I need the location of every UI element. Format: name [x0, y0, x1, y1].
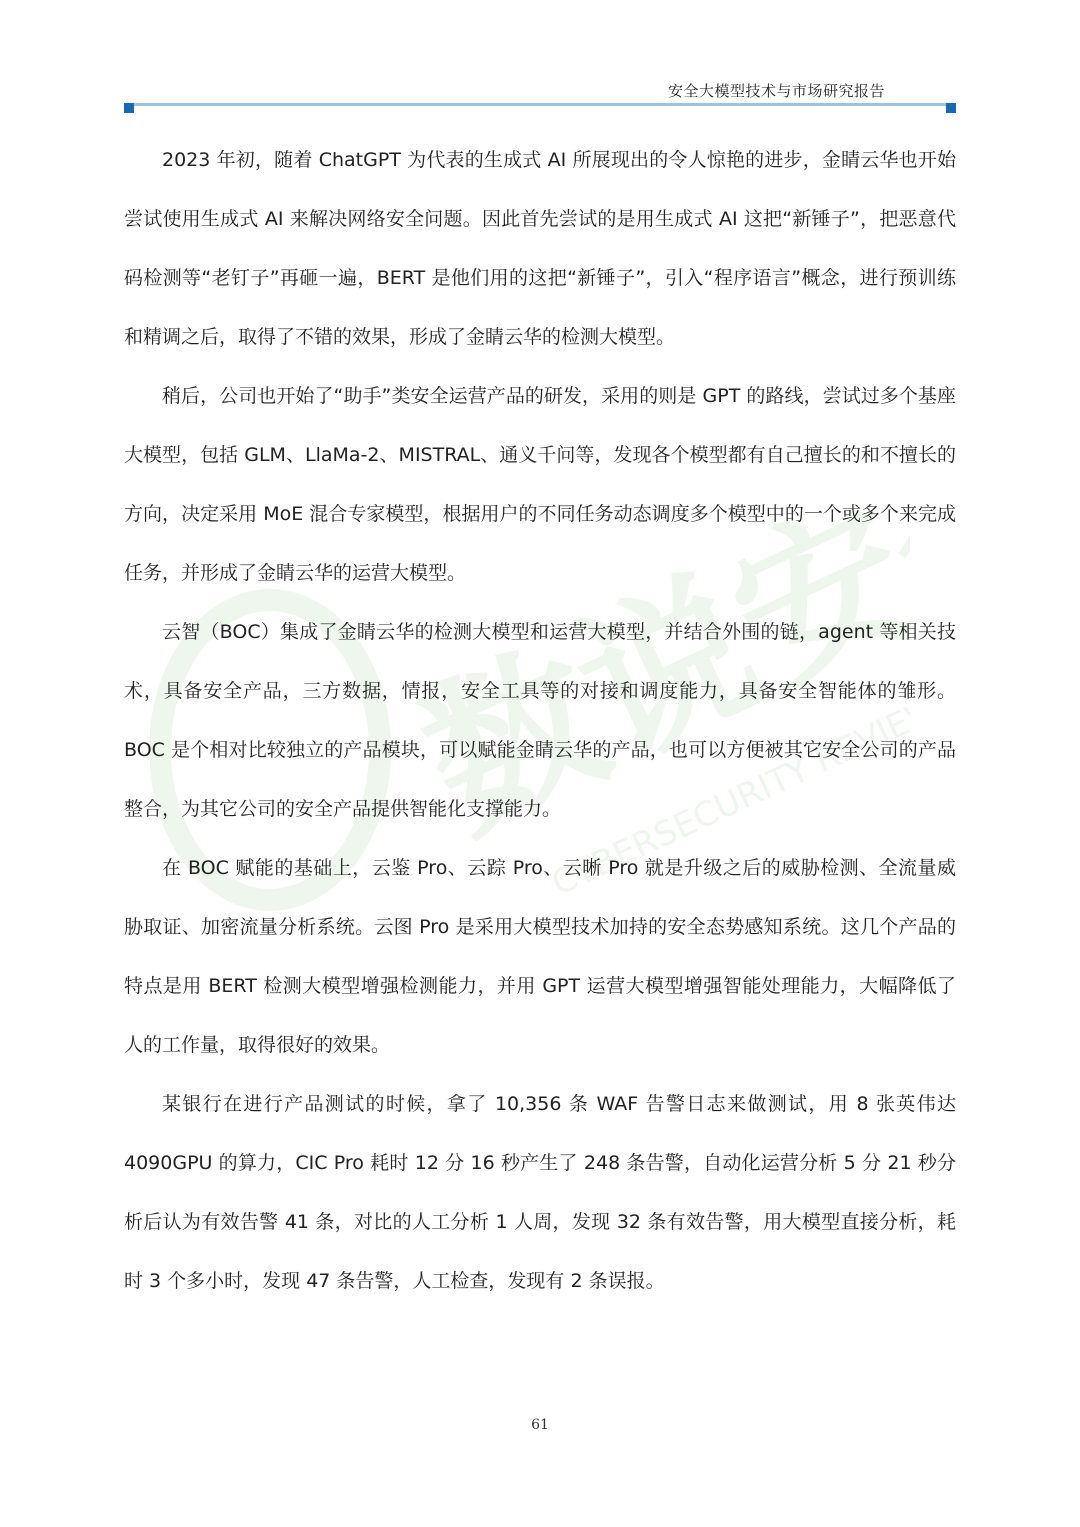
- body-text: 2023 年初，随着 ChatGPT 为代表的生成式 AI 所展现出的令人惊艳的…: [124, 131, 956, 1311]
- paragraph-3: 云智（BOC）集成了金睛云华的检测大模型和运营大模型，并结合外围的链，agent…: [124, 603, 956, 839]
- header-divider-right-cap: [946, 103, 956, 113]
- paragraph-2: 稍后，公司也开始了“助手”类安全运营产品的研发，采用的则是 GPT 的路线，尝试…: [124, 367, 956, 603]
- paragraph-4: 在 BOC 赋能的基础上，云鉴 Pro、云踪 Pro、云晰 Pro 就是升级之后…: [124, 839, 956, 1075]
- paragraph-1: 2023 年初，随着 ChatGPT 为代表的生成式 AI 所展现出的令人惊艳的…: [124, 131, 956, 367]
- header-divider-left-cap: [124, 103, 134, 113]
- header-divider: [124, 103, 956, 106]
- report-title: 安全大模型技术与市场研究报告: [668, 80, 885, 101]
- paragraph-5: 某银行在进行产品测试的时候，拿了 10,356 条 WAF 告警日志来做测试，用…: [124, 1075, 956, 1311]
- page-number: 61: [0, 1417, 1080, 1433]
